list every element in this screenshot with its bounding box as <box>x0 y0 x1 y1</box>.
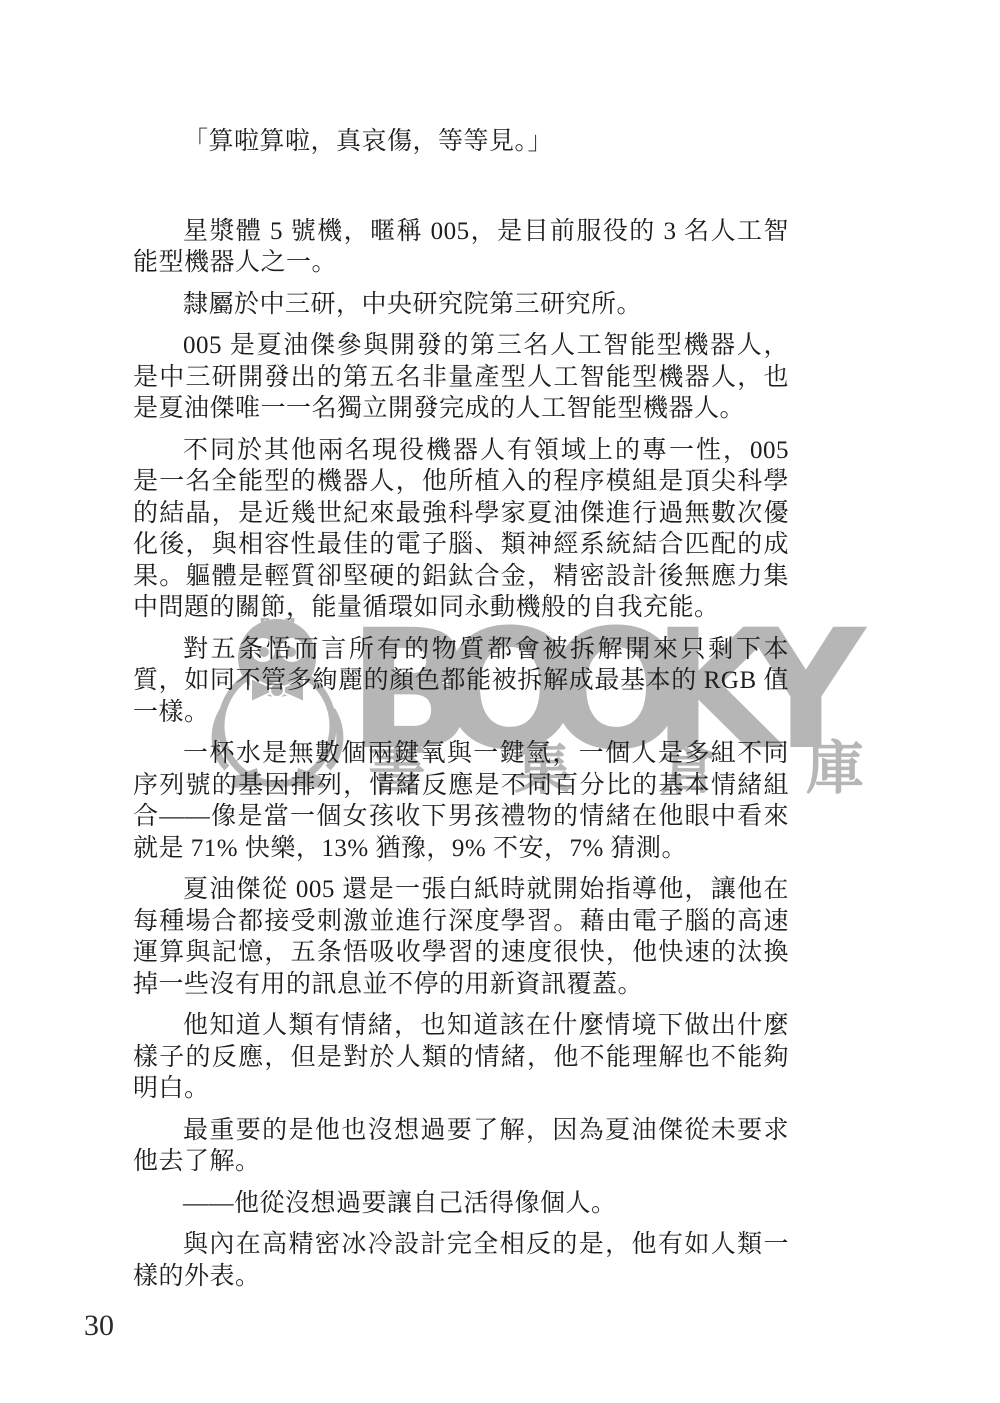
paragraph: 夏油傑從 005 還是一張白紙時就開始指導他，讓他在每種場合都接受刺激並進行深度… <box>133 874 789 1000</box>
paragraph: 他知道人類有情緒，也知道該在什麼情境下做出什麼樣子的反應，但是對於人類的情緒，他… <box>133 1010 789 1105</box>
paragraph: 與內在高精密冰冷設計完全相反的是，他有如人類一樣的外表。 <box>133 1229 789 1292</box>
paragraph: 最重要的是他也沒想過要了解，因為夏油傑從未要求他去了解。 <box>133 1115 789 1178</box>
paragraph: 隸屬於中三研，中央研究院第三研究所。 <box>133 289 789 321</box>
paragraph: 星漿體 5 號機，暱稱 005，是目前服役的 3 名人工智能型機器人之一。 <box>133 216 789 279</box>
book-page: BOOKY 書集倉庫 「算啦算啦，真哀傷，等等見。」 星漿體 5 號機，暱稱 0… <box>0 0 1000 1403</box>
paragraph: 不同於其他兩名現役機器人有領域上的專一性，005 是一名全能型的機器人，他所植入… <box>133 435 789 624</box>
body-text: 「算啦算啦，真哀傷，等等見。」 星漿體 5 號機，暱稱 005，是目前服役的 3… <box>133 126 789 1302</box>
paragraph: 對五条悟而言所有的物質都會被拆解開來只剩下本質，如同不管多絢麗的顏色都能被拆解成… <box>133 634 789 729</box>
paragraph: 005 是夏油傑參與開發的第三名人工智能型機器人，是中三研開發出的第五名非量產型… <box>133 330 789 425</box>
dialogue-line: 「算啦算啦，真哀傷，等等見。」 <box>133 126 789 158</box>
paragraph: 一杯水是無數個兩鍵氧與一鍵氫，一個人是多組不同序列號的基因排列，情緒反應是不同百… <box>133 738 789 864</box>
page-number: 30 <box>84 1308 114 1344</box>
paragraph: ——他從沒想過要讓自己活得像個人。 <box>133 1188 789 1220</box>
